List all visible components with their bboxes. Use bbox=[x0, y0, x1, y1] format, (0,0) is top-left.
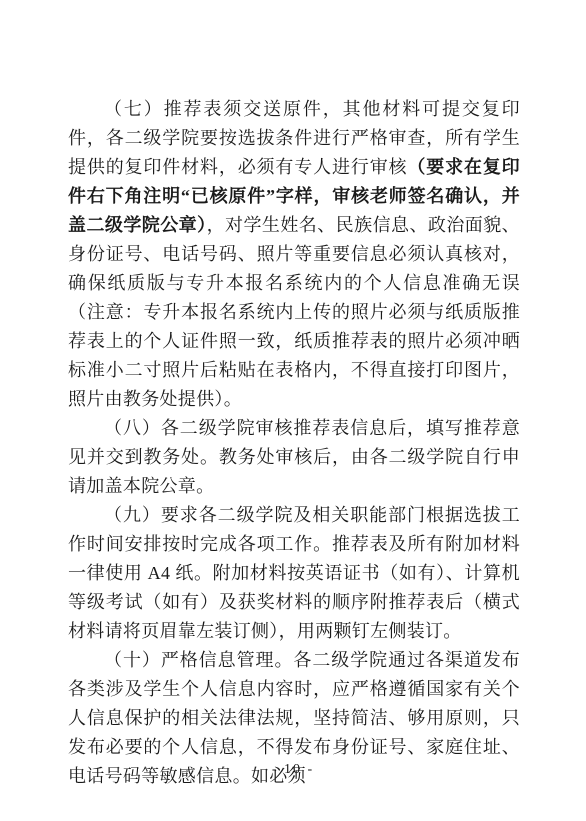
text-segment: ，对学生姓名、民族信息、政治面貌、身份证号、电话号码、照片等重要信息必须认真核对… bbox=[68, 215, 520, 409]
paragraph-item-7: （七）推荐表须交送原件，其他材料可提交复印件，各二级学院要按选拔条件进行严格审查… bbox=[68, 95, 520, 414]
page-number: - 10 - bbox=[0, 762, 586, 778]
text-segment: （九）要求各二级学院及相关职能部门根据选拔工作时间安排按时完成各项工作。推荐表及… bbox=[68, 505, 520, 641]
document-page: （七）推荐表须交送原件，其他材料可提交复印件，各二级学院要按选拔条件进行严格审查… bbox=[0, 0, 586, 821]
paragraph-item-9: （九）要求各二级学院及相关职能部门根据选拔工作时间安排按时完成各项工作。推荐表及… bbox=[68, 501, 520, 646]
paragraph-item-8: （八）各二级学院审核推荐表信息后，填写推荐意见并交到教务处。教务处审核后，由各二… bbox=[68, 414, 520, 501]
document-body: （七）推荐表须交送原件，其他材料可提交复印件，各二级学院要按选拔条件进行严格审查… bbox=[68, 95, 520, 791]
text-segment: （八）各二级学院审核推荐表信息后，填写推荐意见并交到教务处。教务处审核后，由各二… bbox=[68, 418, 520, 496]
